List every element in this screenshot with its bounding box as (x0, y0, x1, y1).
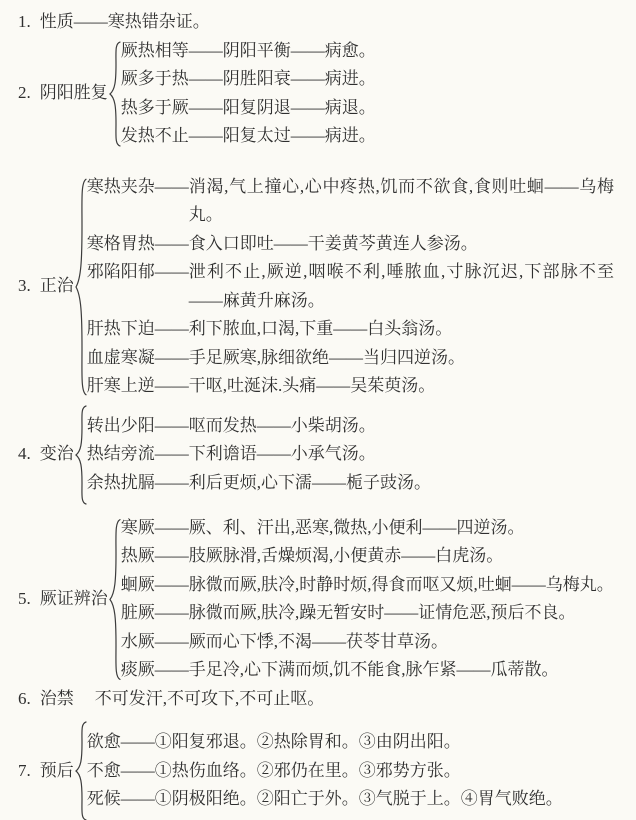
item-body: 脉微而厥,肤冷,时静时烦,得食而呕又烦,吐蛔——乌梅丸。 (189, 571, 614, 600)
item-body: 食入口即吐——干姜黄芩黄连人参汤。 (189, 230, 614, 259)
item-head: 邪陷阳郁—— (87, 258, 189, 287)
item-head: 蛔厥—— (121, 571, 189, 600)
outline-item: 蛔厥—— 脉微而厥,肤冷,时静时烦,得食而呕又烦,吐蛔——乌梅丸。 (121, 571, 614, 600)
section-number: 5. (18, 585, 31, 614)
section-title: 阴阳胜复 (40, 83, 108, 102)
item-body: 干呕,吐涎沫.头痛——吴茱萸汤。 (189, 372, 614, 401)
section-yinyang-shengfu: 2.阴阳胜复 厥热相等—— 阴阳平衡——病愈。 厥多于热—— 阴胜阳衰——病进。… (18, 37, 614, 151)
outline-item: 痰厥—— 手足冷,心下满而烦,饥不能食,脉乍紧——瓜蒂散。 (121, 656, 614, 685)
outline-item: 水厥—— 厥而心下悸,不渴——茯苓甘草汤。 (121, 628, 614, 657)
item-head: 肝热下迫—— (87, 315, 189, 344)
left-brace (74, 717, 87, 820)
item-body: 阳复阴退——病退。 (223, 94, 614, 123)
item-body: 厥而心下悸,不渴——茯苓甘草汤。 (189, 628, 614, 657)
item-head: 热结旁流—— (87, 440, 189, 469)
section-number: 7. (18, 757, 31, 786)
outline-item: 不愈—— ①热伤血络。②邪仍在里。③邪势方张。 (87, 757, 614, 786)
item-head: 不愈—— (87, 757, 155, 786)
item-head: 血虚寒凝—— (87, 344, 189, 373)
section-zhijin: 6.治禁不可发汗,不可攻下,不可止呕。 (18, 685, 614, 714)
section-title: 性质 (40, 12, 74, 31)
section-nature: 1.性质——寒热错杂证。 (18, 8, 614, 37)
item-body: 肢厥脉滑,舌燥烦渴,小便黄赤——白虎汤。 (189, 542, 614, 571)
outline-item: 欲愈—— ①阳复邪退。②热除胃和。③由阴出阳。 (87, 728, 614, 757)
outline-item: 寒厥—— 厥、利、汗出,恶寒,微热,小便利——四逆汤。 (121, 514, 614, 543)
item-head: 余热扰膈—— (87, 469, 189, 498)
left-brace (74, 173, 87, 401)
item-head: 发热不止—— (121, 122, 223, 151)
outline-item: 转出少阳—— 呕而发热——小柴胡汤。 (87, 412, 614, 441)
section-number: 4. (18, 440, 31, 469)
outline-item: 寒格胃热—— 食入口即吐——干姜黄芩黄连人参汤。 (87, 230, 614, 259)
left-brace (74, 401, 87, 509)
item-body: 阴阳平衡——病愈。 (223, 37, 614, 66)
left-brace (108, 37, 121, 151)
outline-item: 热厥—— 肢厥脉滑,舌燥烦渴,小便黄赤——白虎汤。 (121, 542, 614, 571)
item-body: ①阴极阳绝。②阳亡于外。③气脱于上。④胃气败绝。 (155, 785, 614, 814)
item-body: 手足冷,心下满而烦,饥不能食,脉乍紧——瓜蒂散。 (189, 656, 614, 685)
section-number: 6. (18, 685, 31, 714)
item-body: 厥、利、汗出,恶寒,微热,小便利——四逆汤。 (189, 514, 614, 543)
item-body: 利下脓血,口渴,下重——白头翁汤。 (189, 315, 614, 344)
section-label: 2.阴阳胜复 (18, 79, 108, 108)
item-body: 呕而发热——小柴胡汤。 (189, 412, 614, 441)
item-head: 寒热夹杂—— (87, 173, 189, 202)
item-body: 消渴,气上撞心,心中疼热,饥而不欲食,食则吐蛔——乌梅丸。 (189, 173, 614, 230)
outline-item: 肝热下迫—— 利下脓血,口渴,下重——白头翁汤。 (87, 315, 614, 344)
item-head: 欲愈—— (87, 728, 155, 757)
outline-item: 寒热夹杂—— 消渴,气上撞心,心中疼热,饥而不欲食,食则吐蛔——乌梅丸。 (87, 173, 614, 230)
section-label: 5.厥证辨治 (18, 585, 108, 614)
section-title: 正治 (40, 276, 74, 295)
item-head: 热多于厥—— (121, 94, 223, 123)
section-title: 预后 (40, 761, 74, 780)
section-items: 欲愈—— ①阳复邪退。②热除胃和。③由阴出阳。 不愈—— ①热伤血络。②邪仍在里… (87, 728, 614, 814)
section-title: 厥证辨治 (40, 589, 108, 608)
item-body: 手足厥寒,脉细欲绝——当归四逆汤。 (189, 344, 614, 373)
item-head: 脏厥—— (121, 599, 189, 628)
section-label: 3.正治 (18, 272, 74, 301)
section-number: 2. (18, 79, 31, 108)
book-page: 1.性质——寒热错杂证。 2.阴阳胜复 厥热相等—— 阴阳平衡——病愈。 厥多于… (0, 0, 636, 820)
outline-item: 血虚寒凝—— 手足厥寒,脉细欲绝——当归四逆汤。 (87, 344, 614, 373)
item-head: 厥热相等—— (121, 37, 223, 66)
outline-item: 肝寒上逆—— 干呕,吐涎沫.头痛——吴茱萸汤。 (87, 372, 614, 401)
item-body: 泄利不止,厥逆,咽喉不利,唾脓血,寸脉沉迟,下部脉不至——麻黄升麻汤。 (189, 258, 614, 315)
outline-item: 厥多于热—— 阴胜阳衰——病进。 (121, 65, 614, 94)
item-body: 阳复太过——病进。 (223, 122, 614, 151)
item-head: 肝寒上逆—— (87, 372, 189, 401)
section-text: 不可发汗,不可攻下,不可止呕。 (95, 689, 325, 708)
outline-item: 厥热相等—— 阴阳平衡——病愈。 (121, 37, 614, 66)
item-head: 厥多于热—— (121, 65, 223, 94)
item-body: ①阳复邪退。②热除胃和。③由阴出阳。 (155, 728, 614, 757)
item-head: 水厥—— (121, 628, 189, 657)
section-title: 治禁 (40, 689, 74, 708)
section-title: 变治 (40, 444, 74, 463)
section-yuhou: 7.预后 欲愈—— ①阳复邪退。②热除胃和。③由阴出阳。 不愈—— ①热伤血络。… (18, 717, 614, 820)
item-head: 寒厥—— (121, 514, 189, 543)
section-items: 寒热夹杂—— 消渴,气上撞心,心中疼热,饥而不欲食,食则吐蛔——乌梅丸。 寒格胃… (87, 173, 614, 401)
section-label: 7.预后 (18, 757, 74, 786)
outline-item: 脏厥—— 脉微而厥,肤冷,躁无暂安时——证情危恶,预后不良。 (121, 599, 614, 628)
item-body: 利后更烦,心下濡——栀子豉汤。 (189, 469, 614, 498)
outline-item: 余热扰膈—— 利后更烦,心下濡——栀子豉汤。 (87, 469, 614, 498)
section-items: 转出少阳—— 呕而发热——小柴胡汤。 热结旁流—— 下利谵语——小承气汤。 余热… (87, 412, 614, 498)
item-head: 转出少阳—— (87, 412, 189, 441)
outline-item: 热多于厥—— 阳复阴退——病退。 (121, 94, 614, 123)
outline-item: 热结旁流—— 下利谵语——小承气汤。 (87, 440, 614, 469)
outline-item: 邪陷阳郁—— 泄利不止,厥逆,咽喉不利,唾脓血,寸脉沉迟,下部脉不至——麻黄升麻… (87, 258, 614, 315)
section-zhengzhi: 3.正治 寒热夹杂—— 消渴,气上撞心,心中疼热,饥而不欲食,食则吐蛔——乌梅丸… (18, 173, 614, 401)
item-head: 热厥—— (121, 542, 189, 571)
item-head: 痰厥—— (121, 656, 189, 685)
section-text: ——寒热错杂证。 (74, 12, 210, 31)
item-body: 脉微而厥,肤冷,躁无暂安时——证情危恶,预后不良。 (189, 599, 614, 628)
item-head: 寒格胃热—— (87, 230, 189, 259)
section-number: 1. (18, 8, 31, 37)
section-items: 寒厥—— 厥、利、汗出,恶寒,微热,小便利——四逆汤。 热厥—— 肢厥脉滑,舌燥… (121, 514, 614, 685)
section-items: 厥热相等—— 阴阳平衡——病愈。 厥多于热—— 阴胜阳衰——病进。 热多于厥——… (121, 37, 614, 151)
item-body: 下利谵语——小承气汤。 (189, 440, 614, 469)
section-number: 3. (18, 272, 31, 301)
item-body: ①热伤血络。②邪仍在里。③邪势方张。 (155, 757, 614, 786)
outline-item: 死候—— ①阴极阳绝。②阳亡于外。③气脱于上。④胃气败绝。 (87, 785, 614, 814)
item-body: 阴胜阳衰——病进。 (223, 65, 614, 94)
section-bianzhi: 4.变治 转出少阳—— 呕而发热——小柴胡汤。 热结旁流—— 下利谵语——小承气… (18, 401, 614, 509)
section-juezheng-bianzhi: 5.厥证辨治 寒厥—— 厥、利、汗出,恶寒,微热,小便利——四逆汤。 热厥—— … (18, 514, 614, 685)
left-brace (108, 514, 121, 685)
section-label: 4.变治 (18, 440, 74, 469)
item-head: 死候—— (87, 785, 155, 814)
outline-item: 发热不止—— 阳复太过——病进。 (121, 122, 614, 151)
